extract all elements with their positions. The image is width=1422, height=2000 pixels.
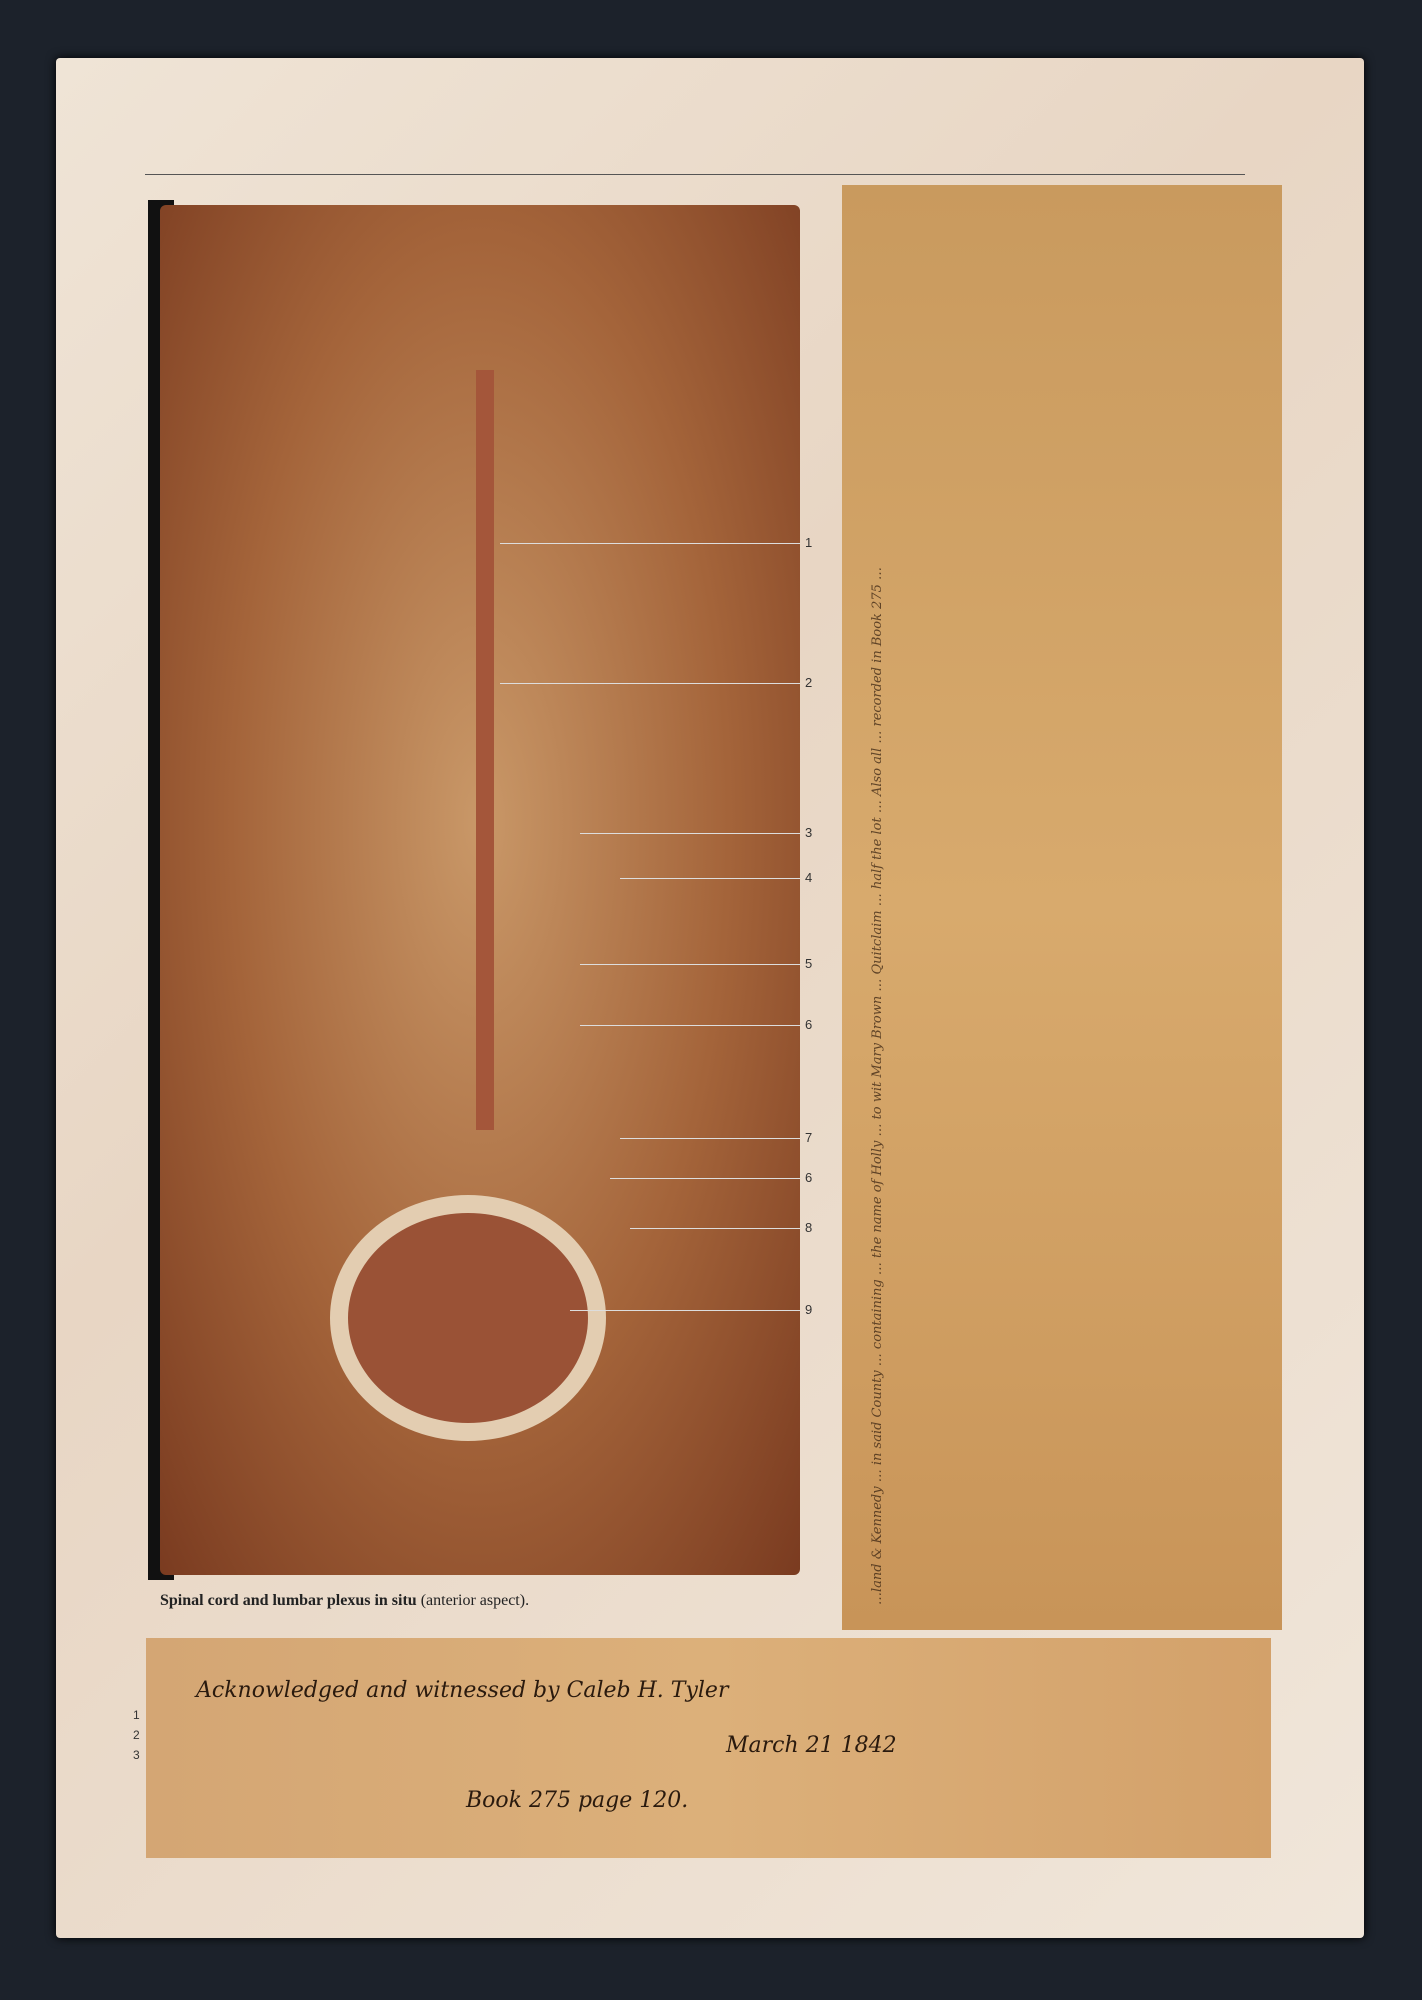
plate-label: 4	[805, 870, 812, 885]
handwritten-slip: Acknowledged and witnessed by Caleb H. T…	[146, 1638, 1271, 1858]
leader-line	[610, 1178, 800, 1179]
slip-line-number: 1	[133, 1708, 140, 1722]
leader-line	[580, 833, 800, 834]
plate-label: 6	[805, 1017, 812, 1032]
slip-line-3: Book 275 page 120.	[466, 1788, 688, 1813]
plate-caption: Spinal cord and lumbar plexus in situ (a…	[160, 1592, 529, 1610]
plate-label: 5	[805, 956, 812, 971]
leader-line	[620, 1138, 800, 1139]
plate-label: 6	[805, 1170, 812, 1185]
plate-label: 2	[805, 675, 812, 690]
leader-line	[500, 543, 800, 544]
plate-label: 7	[805, 1130, 812, 1145]
handwritten-letter: …land & Kennedy … in said County … conta…	[842, 185, 1282, 1630]
letter-text: …land & Kennedy … in said County … conta…	[862, 205, 894, 1605]
slip-line-number: 2	[133, 1728, 140, 1742]
top-rule-line	[145, 174, 1245, 175]
plate-label: 3	[805, 825, 812, 840]
leader-line	[620, 878, 800, 879]
leader-line	[630, 1228, 800, 1229]
plate-label: 8	[805, 1220, 812, 1235]
anatomical-plate-image	[160, 205, 800, 1575]
leader-line	[580, 964, 800, 965]
leader-line	[570, 1310, 800, 1311]
pelvis	[330, 1195, 606, 1441]
slip-line-1: Acknowledged and witnessed by Caleb H. T…	[196, 1678, 728, 1703]
slip-line-2: March 21 1842	[726, 1733, 897, 1758]
slip-line-number: 3	[133, 1748, 140, 1762]
leader-line	[500, 683, 800, 684]
plate-label: 1	[805, 535, 812, 550]
spinal-cord	[476, 370, 494, 1130]
leader-line	[580, 1025, 800, 1026]
caption-bold: Spinal cord and lumbar plexus in situ	[160, 1592, 417, 1609]
caption-regular: (anterior aspect).	[417, 1592, 529, 1609]
plate-label: 9	[805, 1302, 812, 1317]
